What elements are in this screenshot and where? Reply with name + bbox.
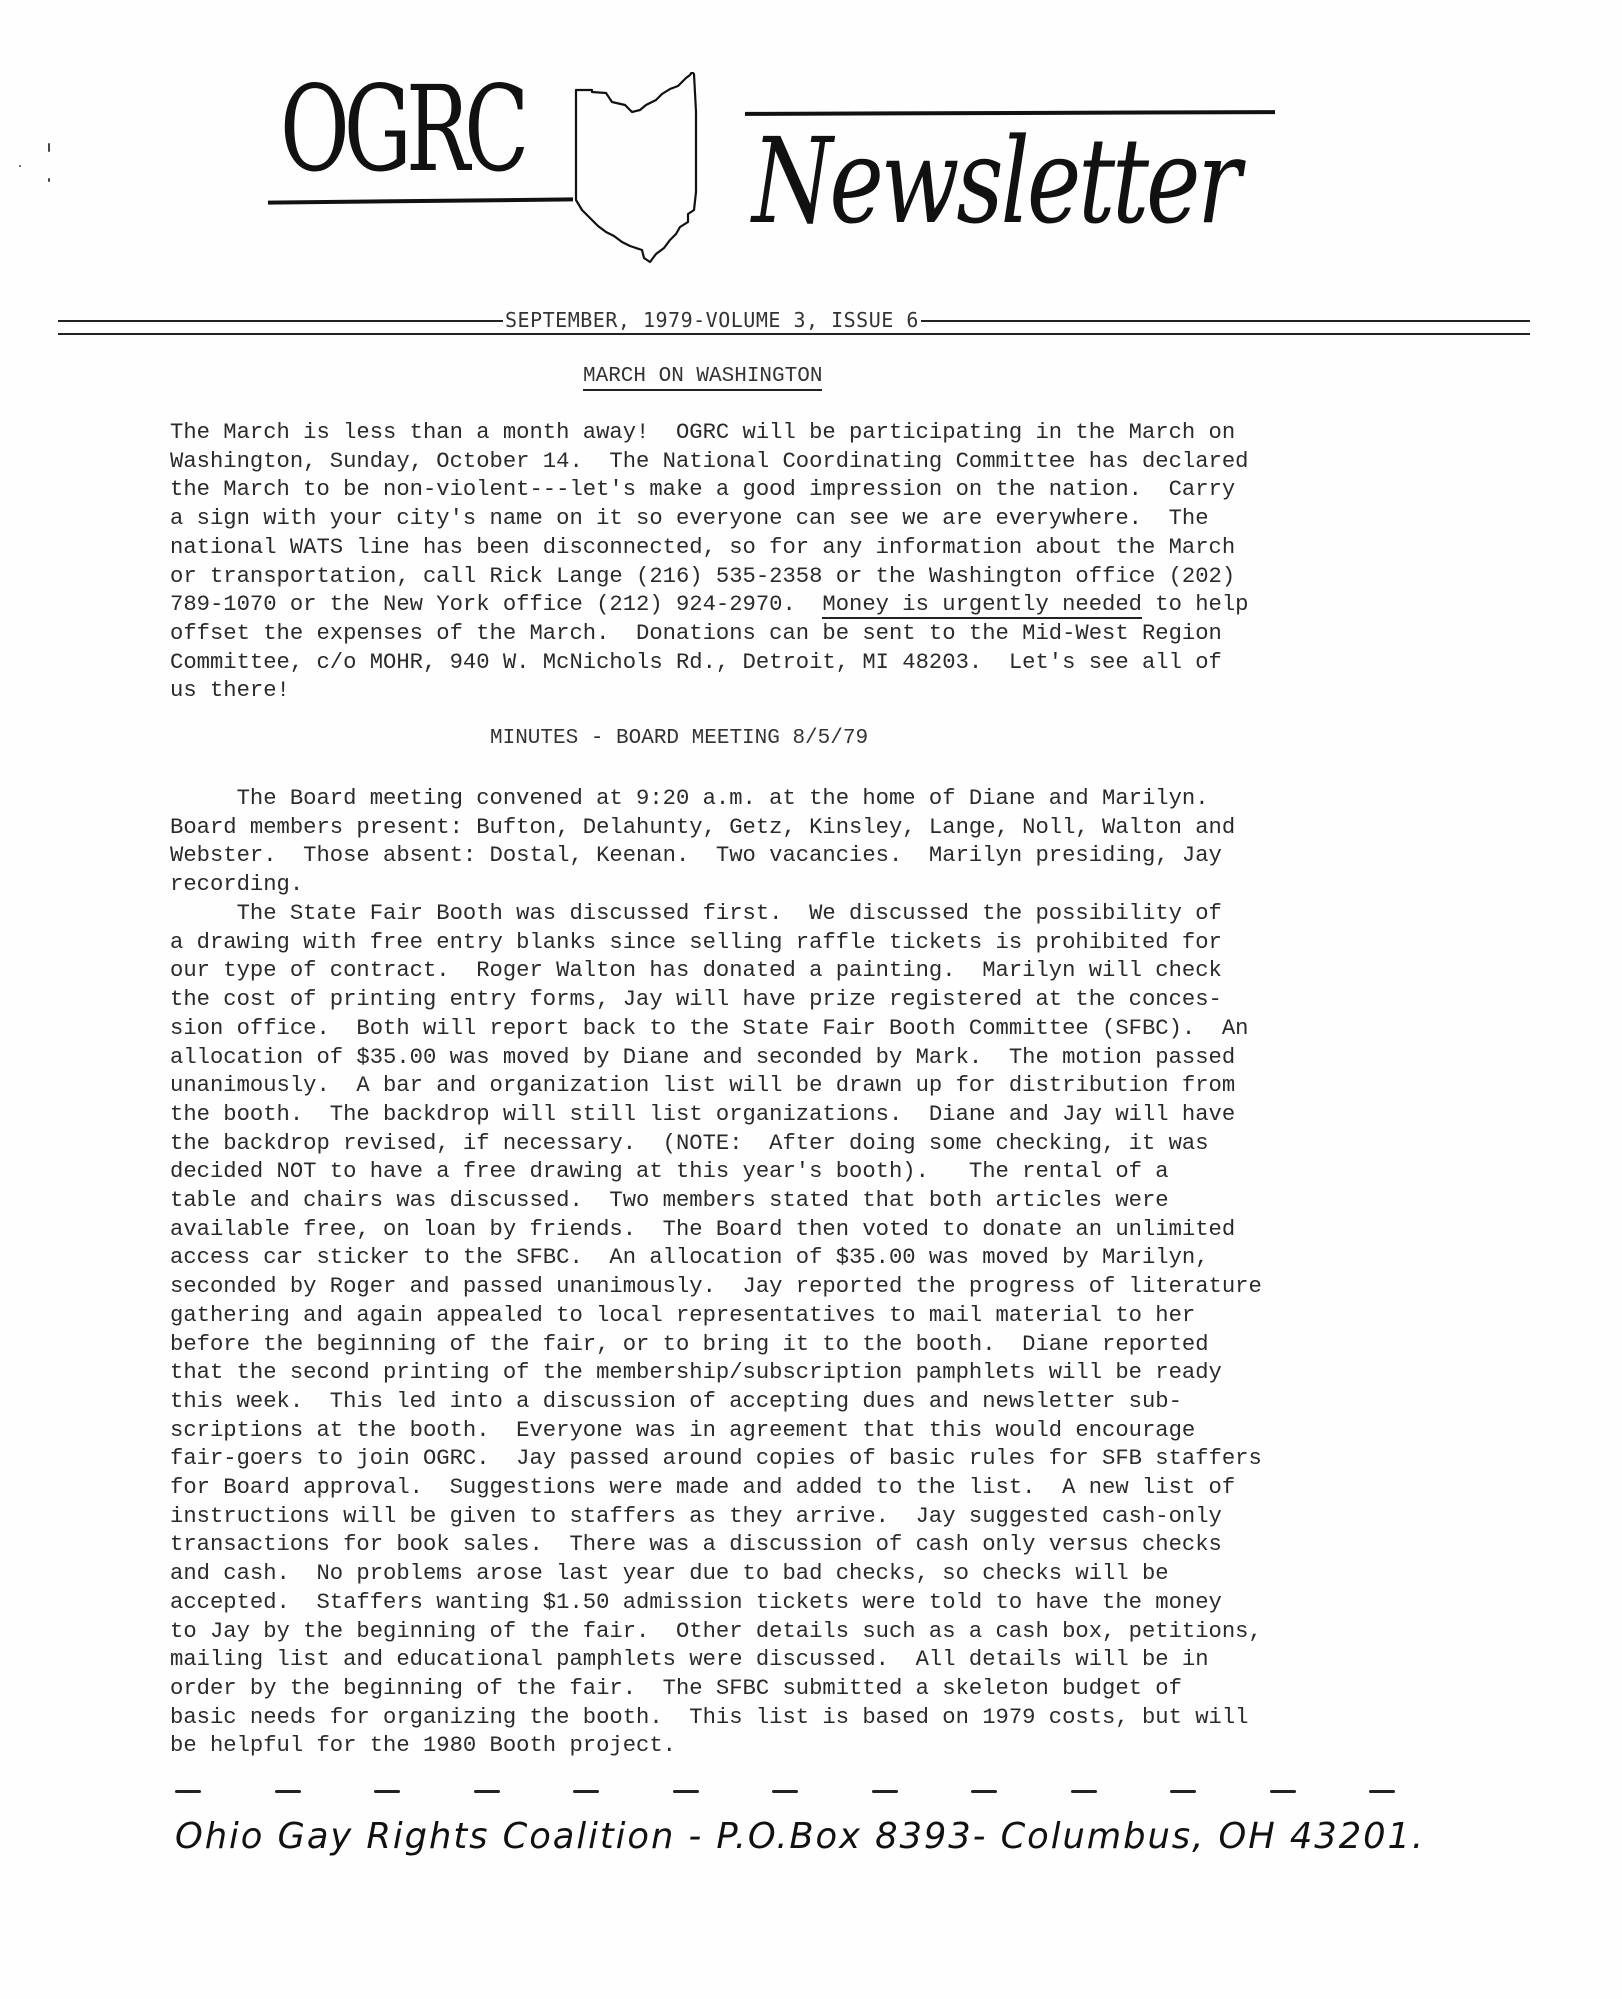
text-line: decided NOT to have a free drawing at th… xyxy=(170,1158,1440,1187)
minutes-paragraph-state-fair: The State Fair Booth was discussed first… xyxy=(170,900,1440,1761)
text-line: Board members present: Bufton, Delahunty… xyxy=(170,814,1440,843)
text-segment: 789-1070 or the New York office (212) 92… xyxy=(170,592,822,617)
text-line: national WATS line has been disconnected… xyxy=(170,534,1440,563)
dashed-separator xyxy=(175,1790,1395,1800)
minutes-paragraph-attendance: The Board meeting convened at 9:20 a.m. … xyxy=(170,785,1440,900)
dash-mark xyxy=(772,1790,798,1793)
emphasis-underlined: Money is urgently needed xyxy=(822,592,1142,619)
ohio-outline-icon xyxy=(570,72,750,264)
scan-mark xyxy=(48,143,50,152)
text-line: our type of contract. Roger Walton has d… xyxy=(170,957,1440,986)
dash-mark xyxy=(275,1790,301,1793)
text-line: offset the expenses of the March. Donati… xyxy=(170,620,1440,649)
masthead-title: Newsletter xyxy=(752,122,1238,240)
masthead-org: OGRC xyxy=(280,70,523,188)
text-line: for Board approval. Suggestions were mad… xyxy=(170,1474,1440,1503)
text-line: the backdrop revised, if necessary. (NOT… xyxy=(170,1130,1440,1159)
text-line: Webster. Those absent: Dostal, Keenan. T… xyxy=(170,842,1440,871)
text-line: sion office. Both will report back to th… xyxy=(170,1015,1440,1044)
issue-dateline: SEPTEMBER, 1979-VOLUME 3, ISSUE 6 xyxy=(58,306,1530,346)
text-line: to Jay by the beginning of the fair. Oth… xyxy=(170,1618,1440,1647)
text-line: seconded by Roger and passed unanimously… xyxy=(170,1273,1440,1302)
text-line: instructions will be given to staffers a… xyxy=(170,1503,1440,1532)
dash-mark xyxy=(573,1790,599,1793)
march-heading: MARCH ON WASHINGTON xyxy=(583,365,822,391)
text-line: order by the beginning of the fair. The … xyxy=(170,1675,1440,1704)
masthead-rule-lower xyxy=(268,197,573,204)
text-line: accepted. Staffers wanting $1.50 admissi… xyxy=(170,1589,1440,1618)
dateline-rule-bottom xyxy=(58,333,1530,335)
text-line: allocation of $35.00 was moved by Diane … xyxy=(170,1044,1440,1073)
text-line: scriptions at the booth. Everyone was in… xyxy=(170,1417,1440,1446)
text-line: a sign with your city's name on it so ev… xyxy=(170,505,1440,534)
text-line: table and chairs was discussed. Two memb… xyxy=(170,1187,1440,1216)
text-line: Washington, Sunday, October 14. The Nati… xyxy=(170,448,1440,477)
text-line: and cash. No problems arose last year du… xyxy=(170,1560,1440,1589)
text-line: gathering and again appealed to local re… xyxy=(170,1302,1440,1331)
scan-mark xyxy=(48,178,50,182)
dash-mark xyxy=(872,1790,898,1793)
text-line: this week. This led into a discussion of… xyxy=(170,1388,1440,1417)
text-line: access car sticker to the SFBC. An alloc… xyxy=(170,1244,1440,1273)
text-line: unanimously. A bar and organization list… xyxy=(170,1072,1440,1101)
text-line: recording. xyxy=(170,871,1440,900)
dash-mark xyxy=(1170,1790,1196,1793)
text-line: Committee, c/o MOHR, 940 W. McNichols Rd… xyxy=(170,649,1440,678)
issue-date: SEPTEMBER, 1979-VOLUME 3, ISSUE 6 xyxy=(503,308,921,332)
text-line: 789-1070 or the New York office (212) 92… xyxy=(170,591,1440,620)
text-line: available free, on loan by friends. The … xyxy=(170,1216,1440,1245)
text-line: a drawing with free entry blanks since s… xyxy=(170,929,1440,958)
text-line: basic needs for organizing the booth. Th… xyxy=(170,1704,1440,1733)
march-article: The March is less than a month away! OGR… xyxy=(170,419,1440,706)
text-line: that the second printing of the membersh… xyxy=(170,1359,1440,1388)
text-line: The State Fair Booth was discussed first… xyxy=(170,900,1440,929)
text-line: or transportation, call Rick Lange (216)… xyxy=(170,563,1440,592)
text-line: fair-goers to join OGRC. Jay passed arou… xyxy=(170,1445,1440,1474)
text-line: transactions for book sales. There was a… xyxy=(170,1531,1440,1560)
dash-mark xyxy=(673,1790,699,1793)
org-address-footer: Ohio Gay Rights Coalition - P.O.Box 8393… xyxy=(175,1816,1425,1857)
dash-mark xyxy=(1369,1790,1395,1793)
dash-mark xyxy=(175,1790,201,1793)
minutes-heading: MINUTES - BOARD MEETING 8/5/79 xyxy=(490,727,868,750)
text-line: before the beginning of the fair, or to … xyxy=(170,1331,1440,1360)
dash-mark xyxy=(474,1790,500,1793)
text-line: the March to be non-violent---let's make… xyxy=(170,476,1440,505)
text-line: The March is less than a month away! OGR… xyxy=(170,419,1440,448)
text-line: mailing list and educational pamphlets w… xyxy=(170,1646,1440,1675)
dash-mark xyxy=(1270,1790,1296,1793)
text-line: the booth. The backdrop will still list … xyxy=(170,1101,1440,1130)
scan-mark xyxy=(19,165,21,167)
dash-mark xyxy=(1071,1790,1097,1793)
dash-mark xyxy=(971,1790,997,1793)
text-line: be helpful for the 1980 Booth project. xyxy=(170,1732,1440,1761)
text-line: us there! xyxy=(170,677,1440,706)
newsletter-page: OGRC Newsletter SEPTEMBER, 1979-VOLUME 3… xyxy=(0,0,1622,1999)
text-line: The Board meeting convened at 9:20 a.m. … xyxy=(170,785,1440,814)
dash-mark xyxy=(374,1790,400,1793)
text-segment: to help xyxy=(1142,592,1249,617)
text-line: the cost of printing entry forms, Jay wi… xyxy=(170,986,1440,1015)
